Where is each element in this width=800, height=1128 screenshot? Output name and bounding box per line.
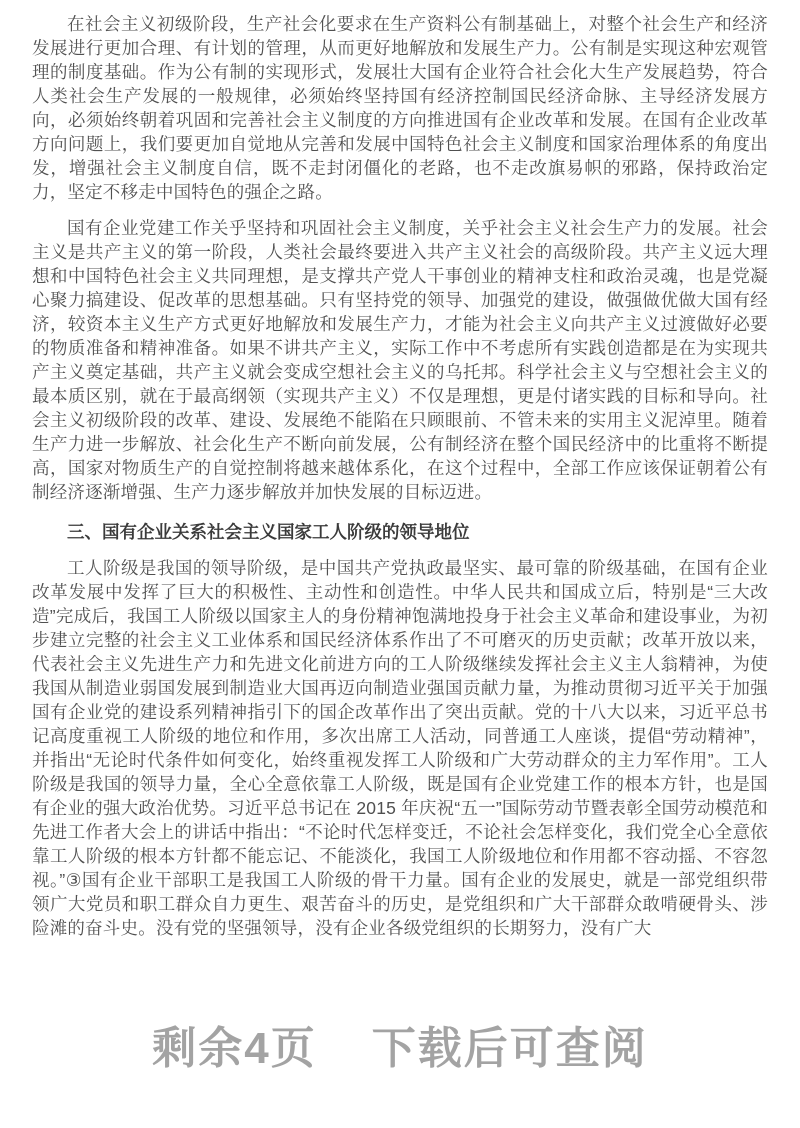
document-preview-page: 在社会主义初级阶段，生产社会化要求在生产资料公有制基础上，对整个社会生产和经济发… — [0, 0, 800, 1128]
remaining-pages-watermark: 剩余4页 下载后可查阅 — [0, 1012, 800, 1076]
section-heading-three: 三、国有企业关系社会主义国家工人阶级的领导地位 — [32, 520, 768, 544]
paragraph-party-building: 国有企业党建工作关乎坚持和巩固社会主义制度，关乎社会主义社会生产力的发展。社会主… — [32, 216, 768, 504]
paragraph-socialism-primary-stage: 在社会主义初级阶段，生产社会化要求在生产资料公有制基础上，对整个社会生产和经济发… — [32, 12, 768, 204]
download-hint-text: 下载后可查阅 — [372, 1012, 648, 1076]
paragraph-working-class: 工人阶级是我国的领导阶级，是中国共产党执政最坚实、最可靠的阶级基础，在国有企业改… — [32, 556, 768, 940]
pages-remaining-text: 剩余4页 — [152, 1012, 316, 1076]
